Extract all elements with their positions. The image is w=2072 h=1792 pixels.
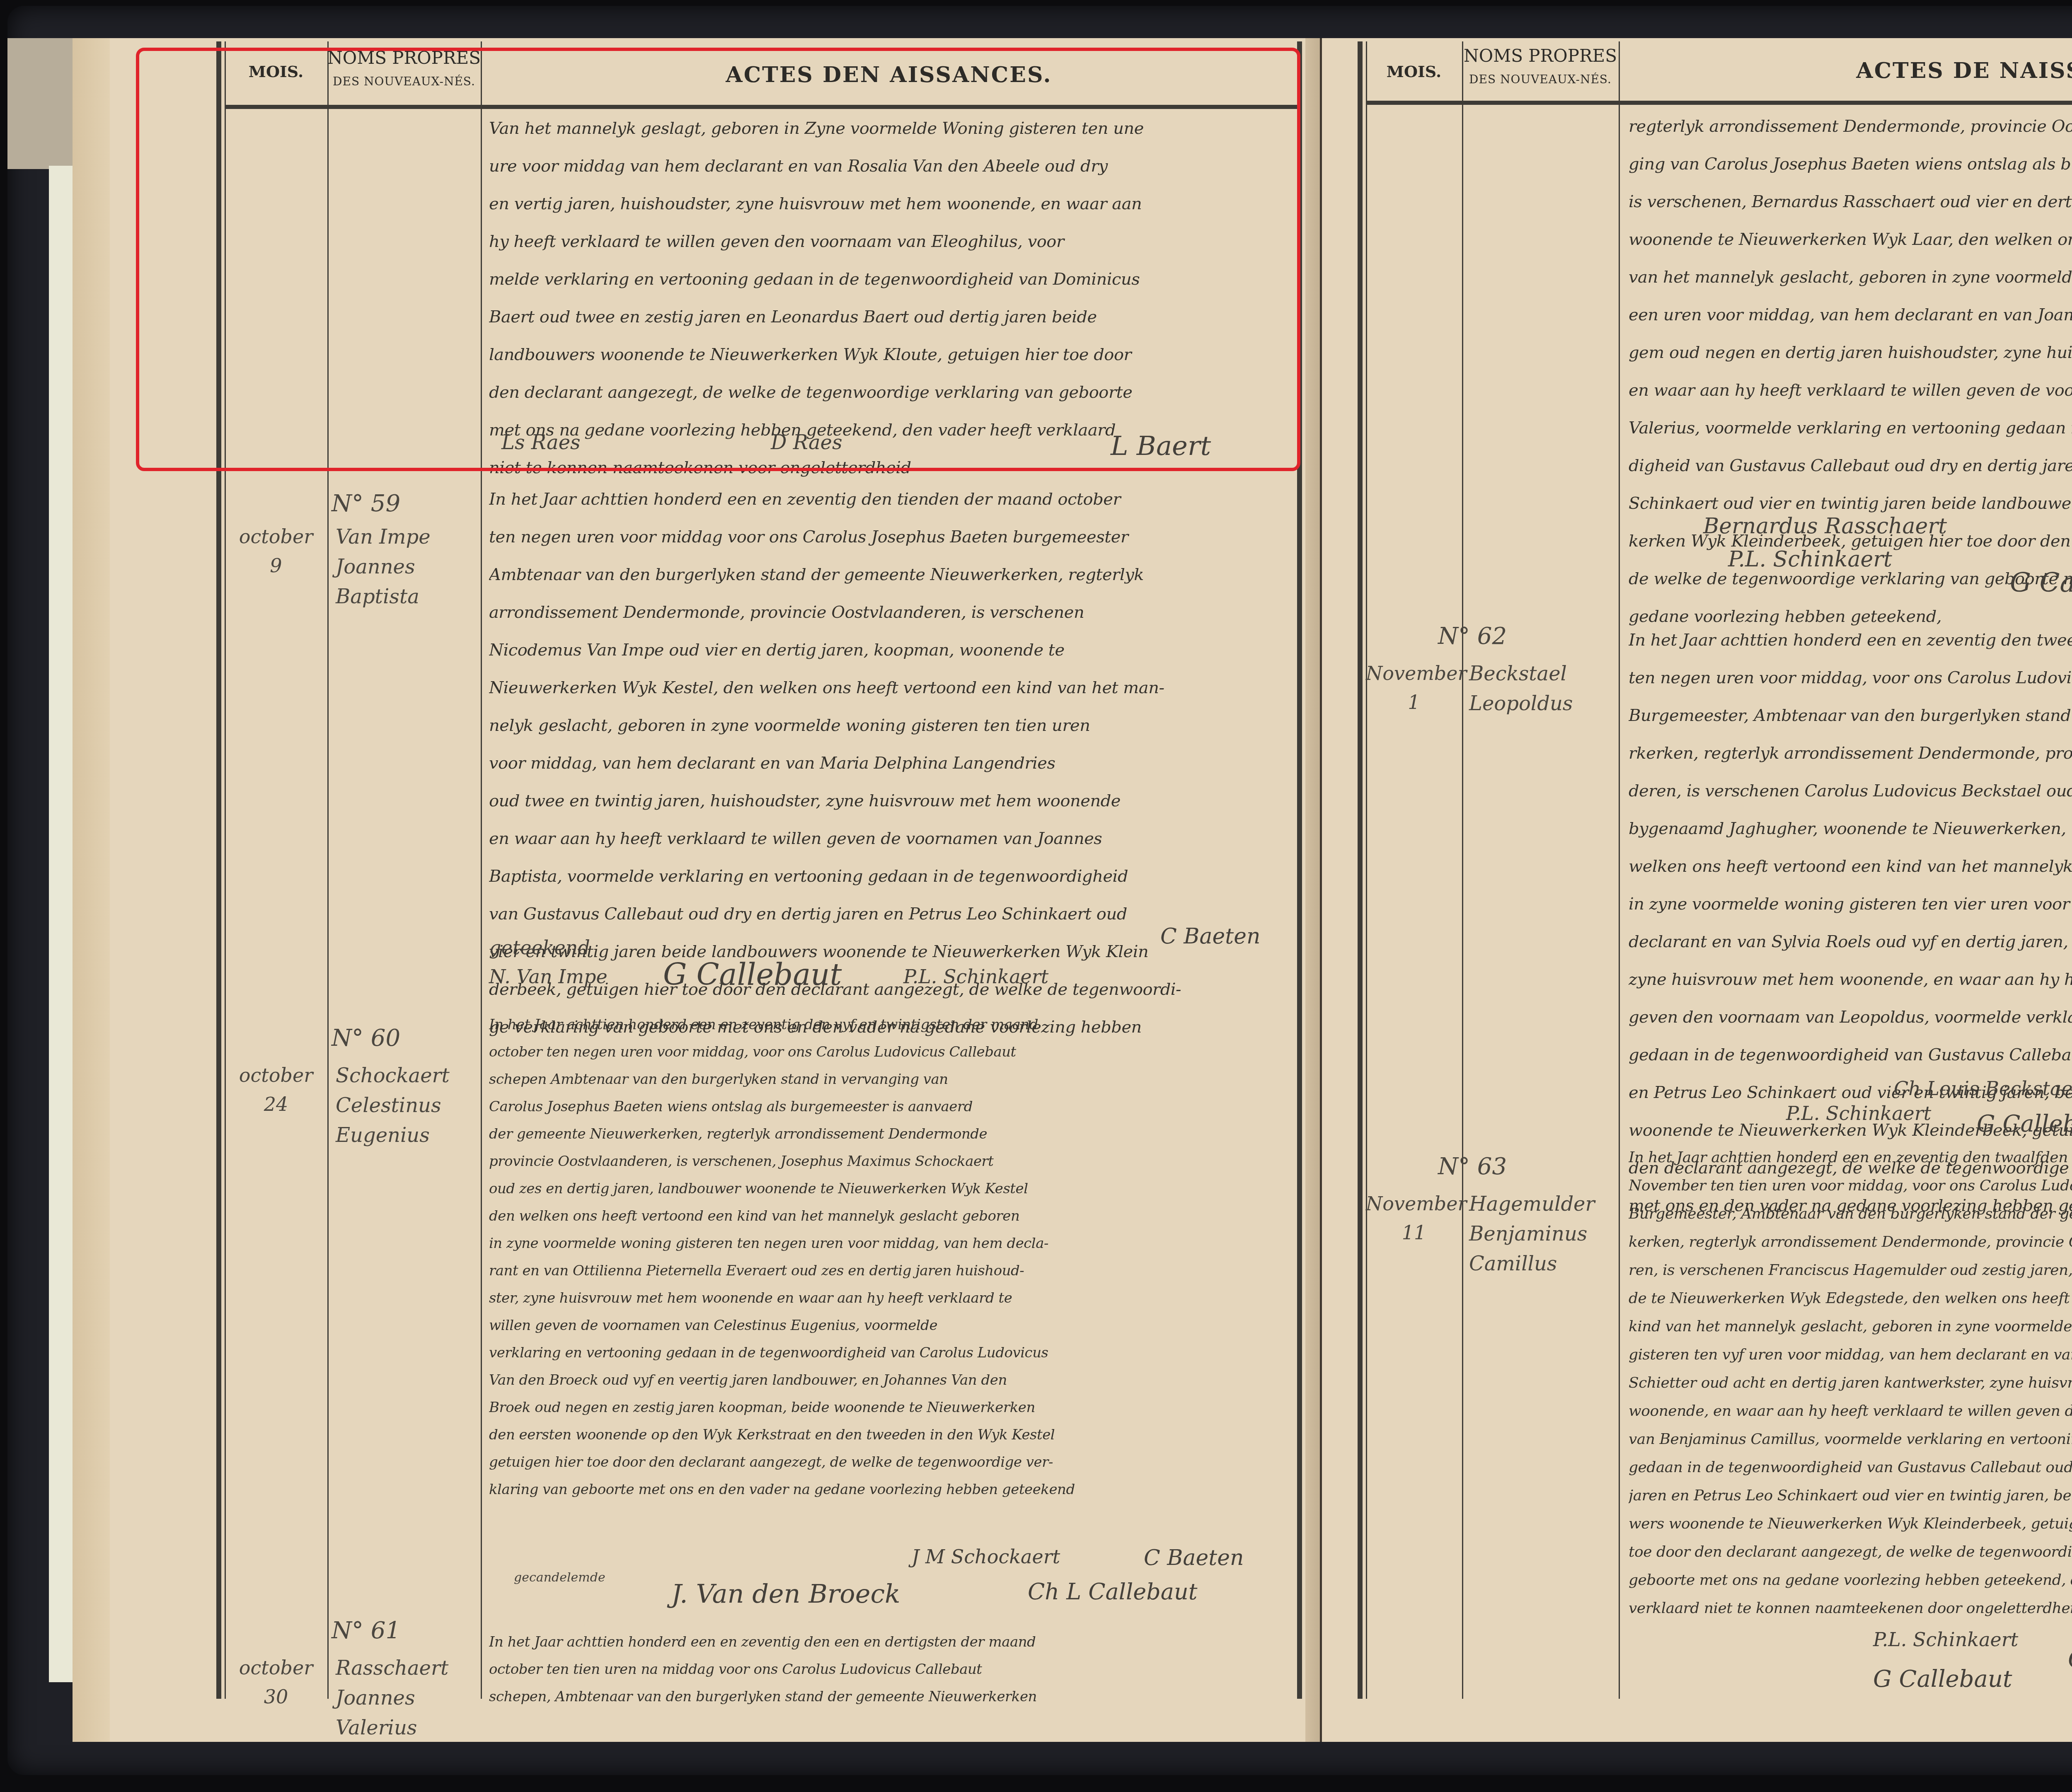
entry-number: N° 61 (332, 1616, 481, 1646)
right-header-noms-propres: NOMS PROPRES (1462, 46, 1619, 66)
entry-number: N° 62 (1438, 622, 1616, 651)
signature: G Callebaut (1873, 1666, 2012, 1693)
right-noms-rule (1462, 41, 1463, 1699)
entry-signatures: Ch Louis Beckstael P.L. Schinkaert G Cal… (1629, 1077, 2072, 1144)
entry-signatures: gecandelemde J M Schockaert C Baeten J. … (489, 1545, 1289, 1612)
entry-number: N° 59 (332, 489, 481, 519)
entry-act-text: In het Jaar achttien honderd een en zeve… (489, 1628, 1289, 1710)
entry-child-name: Beckstael Leopoldus (1469, 659, 1618, 718)
signature: J. Van den Broeck (671, 1579, 900, 1609)
signature: G Callebaut (663, 957, 842, 992)
entry-act-text: In het Jaar achttien honderd een en zeve… (489, 1011, 1289, 1503)
entry-month: october 9 (225, 522, 327, 580)
entry-month: November 11 (1366, 1189, 1462, 1247)
right-margin-rule (1358, 41, 1363, 1699)
entry-signatures: geteekend C Baeten N. Van Impe G Calleba… (489, 936, 1289, 990)
entry-month: November 1 (1366, 659, 1462, 717)
right-header-actes: ACTES DE NAISSANCES. (1619, 58, 2072, 83)
left-flyleaf (49, 166, 74, 1682)
margin-note: gecandelemde (514, 1570, 605, 1585)
right-continued-signatures: Bernardus Rasschaert Ch L Callebaut P.L.… (1629, 514, 2072, 622)
right-mois-rule (1366, 41, 1367, 1699)
entry-child-name: Schockaert Celestinus Eugenius (336, 1061, 481, 1150)
right-header-mois: MOIS. (1366, 62, 1462, 81)
right-actes-rule (1619, 41, 1620, 1699)
signature: P.L. Schinkaert (1728, 547, 1892, 572)
entry-child-name: Hagemulder Benjaminus Camillus (1469, 1189, 1618, 1279)
signature: G Callebaut (2010, 568, 2072, 598)
highlight-annotation-box (136, 48, 1300, 471)
signature: Ch L Callebaut (1028, 1579, 1198, 1605)
right-header-nouveaux-nes: DES NOUVEAUX-NÉS. (1462, 73, 1619, 86)
entry-child-name: Rasschaert Joannes Valerius (336, 1653, 481, 1743)
signature: Ch Louis Beckstael (1894, 1077, 2072, 1100)
left-page-stacked-edges (73, 38, 110, 1742)
signature: J M Schockaert (912, 1545, 1060, 1568)
entry-child-name: Van Impe Joannes Baptista (336, 522, 481, 612)
signature: P.L. Schinkaert (1873, 1628, 2018, 1651)
signature: G Callebaut (1977, 1110, 2072, 1137)
entry-month: october 24 (225, 1061, 327, 1119)
entry-number: N° 60 (332, 1023, 481, 1053)
signature: N. Van Impe (489, 965, 608, 988)
signature: P.L. Schinkaert (1786, 1102, 1931, 1125)
cover-corner-tab (7, 38, 74, 169)
right-header-rule (1366, 101, 2072, 105)
entry-month: october 30 (225, 1653, 327, 1711)
entry-number: N° 63 (1438, 1152, 1616, 1182)
signature: Ch L Callebaut (2068, 1645, 2072, 1673)
signature: C Baeten (1160, 924, 1260, 949)
signature: C Baeten (1144, 1545, 1244, 1570)
entry-signatures: P.L. Schinkaert G Callebaut Ch L Calleba… (1629, 1628, 2072, 1711)
signature: P.L. Schinkaert (903, 965, 1048, 988)
entry-act-text: In het Jaar achttien honderd een en zeve… (1629, 1144, 2072, 1623)
signature: Bernardus Rasschaert (1703, 514, 1947, 539)
